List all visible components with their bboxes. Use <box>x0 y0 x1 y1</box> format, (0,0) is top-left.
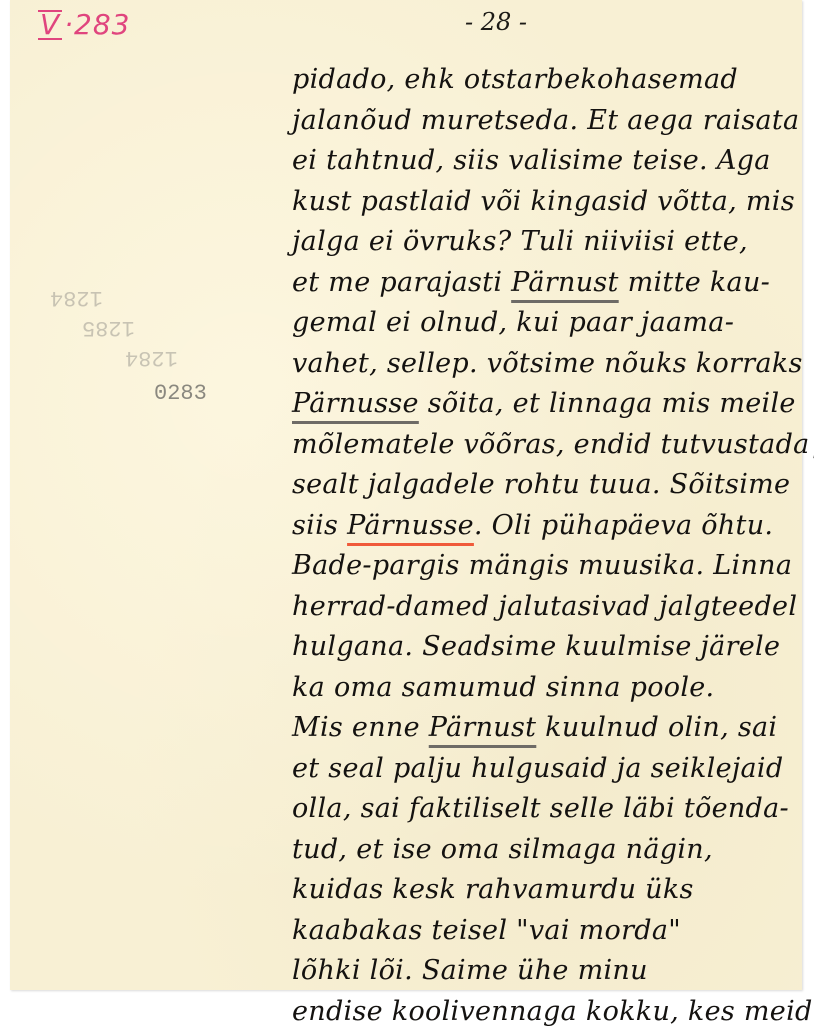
page-number: - 28 - <box>465 8 527 36</box>
underlined-place-name: Pärnust <box>511 267 619 298</box>
archive-reference-mark: V·283 <box>38 8 131 41</box>
text-line-1: pidado, ehk otstarbekohasemad <box>292 60 812 101</box>
stamp-number: 0283 <box>154 381 207 406</box>
text-line-6: et me parajasti Pärnust mitte kau- <box>292 263 812 304</box>
text-line-19: olla, sai faktiliselt selle läbi tõenda- <box>292 789 812 830</box>
archive-roman-numeral: V <box>38 10 62 40</box>
faded-stamp-1: 1284 <box>50 285 103 310</box>
faded-stamp-3: 1284 <box>125 345 178 370</box>
manuscript-page: V·283 - 28 - 1284 1285 1284 0283 pidado,… <box>10 0 802 990</box>
text-line-21: kuidas kesk rahvamurdu üks <box>292 870 812 911</box>
text-line-8: vahet, sellep. võtsime nõuks korraks <box>292 344 812 385</box>
underlined-place-name: Pärnusse <box>292 388 419 419</box>
text-line-4: kust pastlaid või kingasid võtta, mis <box>292 182 812 223</box>
text-line-18: et seal palju hulgusaid ja seiklejaid <box>292 749 812 790</box>
underlined-place-name: Pärnust <box>429 712 537 743</box>
text-line-20: tud, et ise oma silmaga nägin, <box>292 830 812 871</box>
text-line-5: jalga ei övruks? Tuli niiviisi ette, <box>292 222 812 263</box>
text-line-12: siis Pärnusse. Oli pühapäeva õhtu. <box>292 506 812 547</box>
text-line-9: Pärnusse sõita, et linnaga mis meile <box>292 384 812 425</box>
text-line-3: ei tahtnud, siis valisime teise. Aga <box>292 141 812 182</box>
text-line-13: Bade-pargis mängis muusika. Linna <box>292 546 812 587</box>
handwritten-text-block: pidado, ehk otstarbekohasemad jalanõud m… <box>292 60 812 1000</box>
text-line-23: lõhki lõi. Saime ühe minu <box>292 951 812 992</box>
text-line-22: kaabakas teisel "vai morda" <box>292 911 812 952</box>
text-line-14: herrad-damed jalutasivad jalgteedel <box>292 587 812 628</box>
text-line-11: sealt jalgadele rohtu tuua. Sõitsime <box>292 465 812 506</box>
text-line-15: hulgana. Seadsime kuulmise järele <box>292 627 812 668</box>
text-line-16: ka oma samumud sinna poole. <box>292 668 812 709</box>
text-line-7: gemal ei olnud, kui paar jaama- <box>292 303 812 344</box>
text-line-17: Mis enne Pärnust kuulnud olin, sai <box>292 708 812 749</box>
faded-stamp-2: 1285 <box>82 315 135 340</box>
archive-number: ·283 <box>64 8 130 41</box>
text-line-10: mõlematele võõras, endid tutvustada ja <box>292 425 812 466</box>
text-line-2: jalanõud muretseda. Et aega raisata <box>292 101 812 142</box>
text-line-24: endise koolivennaga kokku, kes meid <box>292 992 812 1001</box>
red-underlined-place-name: Pärnusse <box>347 510 474 541</box>
